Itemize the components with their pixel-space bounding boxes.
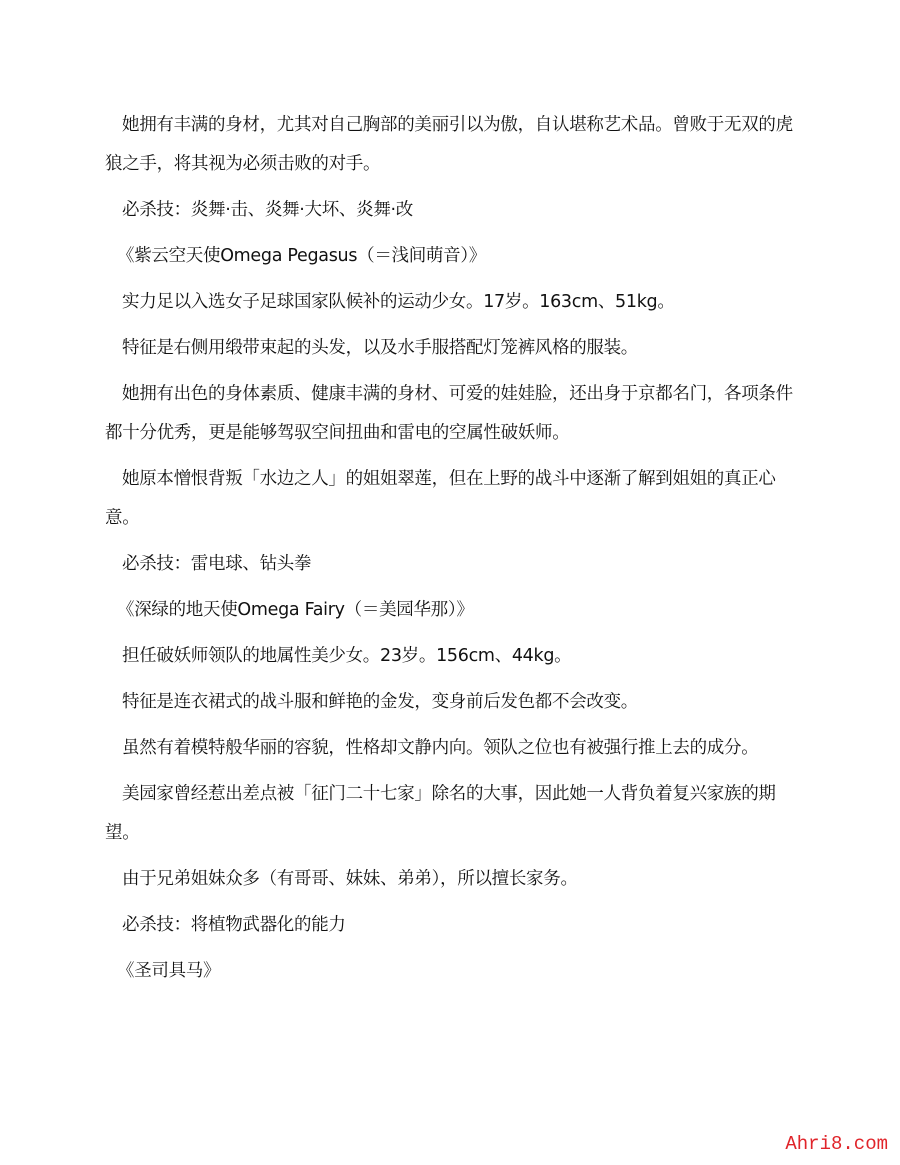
document-page: 她拥有丰满的身材，尤其对自己胸部的美丽引以为傲，自认堪称艺术品。曾败于无双的虎狼… [105, 106, 805, 998]
paragraph-body: 她拥有丰满的身材，尤其对自己胸部的美丽引以为傲，自认堪称艺术品。曾败于无双的虎狼… [105, 106, 805, 184]
paragraph-profile: 实力足以入选女子足球国家队候补的运动少女。17岁。163cm、51kg。 [105, 283, 805, 322]
watermark-text: Ahri8.com [785, 1133, 888, 1155]
paragraph-backstory: 美园家曾经惹出差点被「征门二十七家」除名的大事，因此她一人背负着复兴家族的期望。 [105, 775, 805, 853]
paragraph-profile: 担任破妖师领队的地属性美少女。23岁。156cm、44kg。 [105, 637, 805, 676]
paragraph-appearance: 特征是连衣裙式的战斗服和鲜艳的金发，变身前后发色都不会改变。 [105, 683, 805, 722]
section-heading-omega-fairy: 《深绿的地天使Omega Fairy（＝美园华那）》 [105, 591, 805, 630]
paragraph-description: 她拥有出色的身体素质、健康丰满的身材、可爱的娃娃脸，还出身于京都名门，各项条件都… [105, 375, 805, 453]
paragraph-personality: 虽然有着模特般华丽的容貌，性格却文静内向。领队之位也有被强行推上去的成分。 [105, 729, 805, 768]
section-heading-seiji-guma: 《圣司具马》 [105, 952, 805, 991]
paragraph-special-moves: 必杀技：炎舞·击、炎舞·大坏、炎舞·改 [105, 191, 805, 230]
paragraph-family: 由于兄弟姐妹众多（有哥哥、妹妹、弟弟），所以擅长家务。 [105, 860, 805, 899]
paragraph-appearance: 特征是右侧用缎带束起的头发，以及水手服搭配灯笼裤风格的服装。 [105, 329, 805, 368]
paragraph-backstory: 她原本憎恨背叛「水边之人」的姐姐翠莲，但在上野的战斗中逐渐了解到姐姐的真正心意。 [105, 460, 805, 538]
paragraph-special-moves: 必杀技：将植物武器化的能力 [105, 906, 805, 945]
paragraph-special-moves: 必杀技：雷电球、钻头拳 [105, 545, 805, 584]
section-heading-omega-pegasus: 《紫云空天使Omega Pegasus（＝浅间萌音）》 [105, 237, 805, 276]
